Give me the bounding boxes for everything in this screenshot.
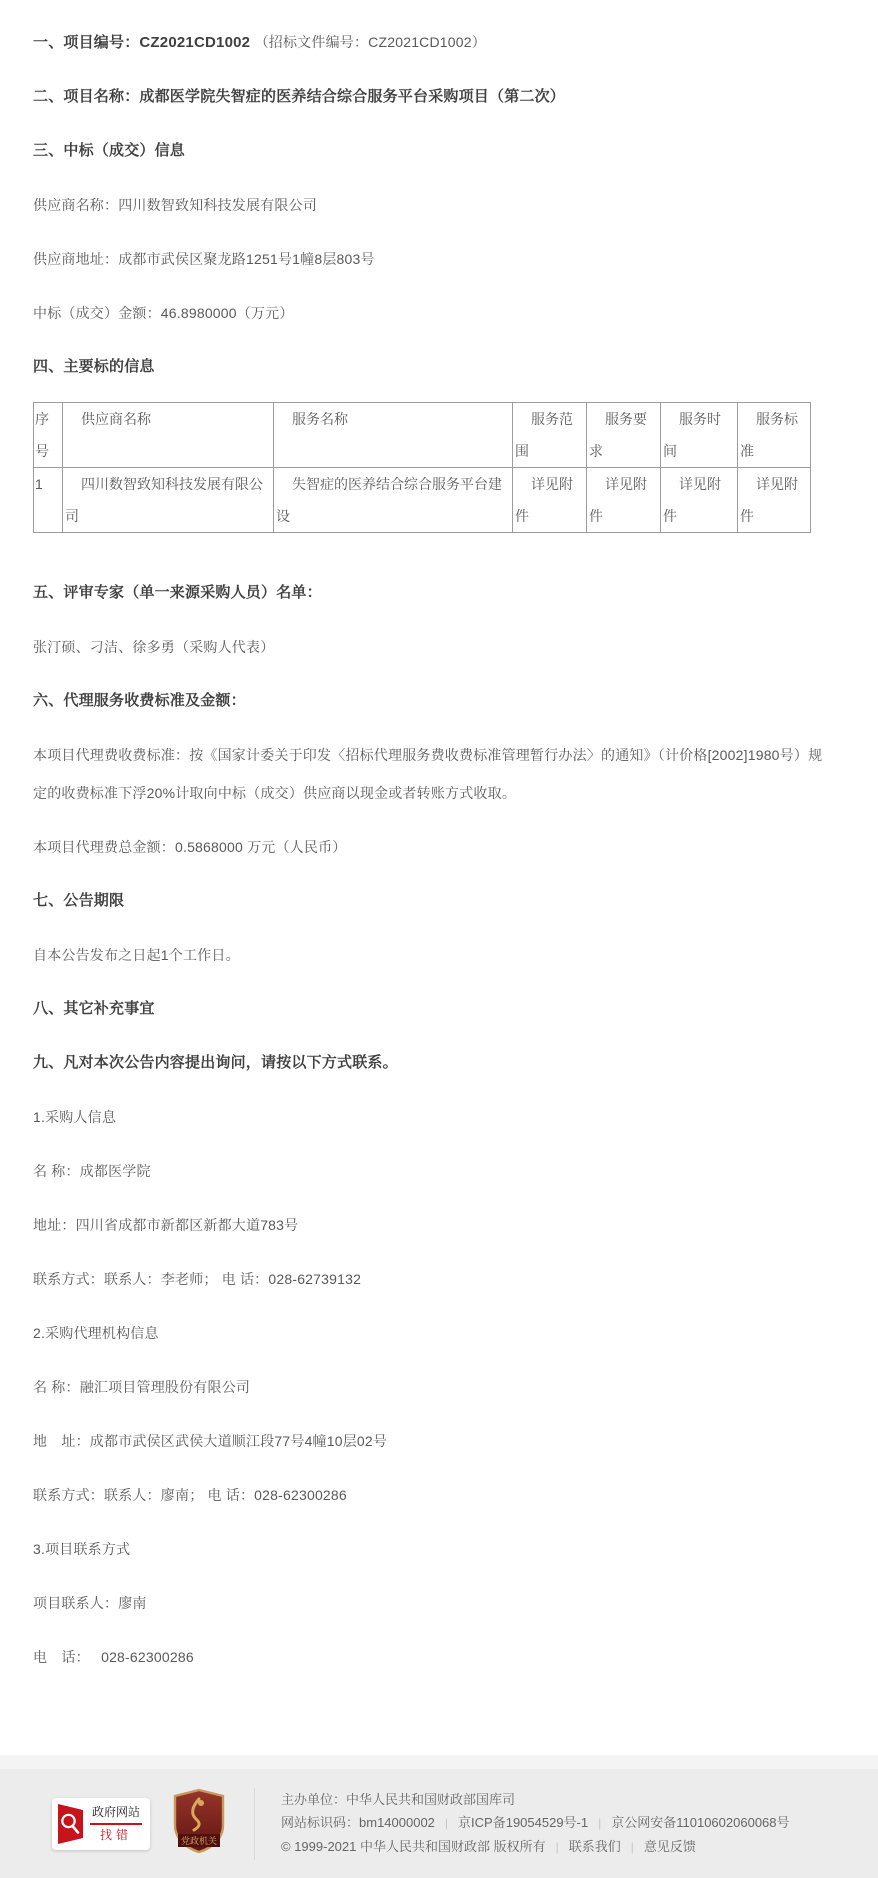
col-header-service-scope: 服务范围 <box>513 403 587 468</box>
footer-police-number: 京公网安备11010602060068号 <box>611 1815 789 1830</box>
party-shield-icon: 党政机关 <box>172 1788 226 1854</box>
feedback-link[interactable]: 意见反馈 <box>644 1839 696 1854</box>
award-amount: 中标（成交）金额：46.8980000（万元） <box>33 294 823 332</box>
section-notice-period-title: 七、公告期限 <box>33 882 823 920</box>
footer-separator: | <box>556 1840 559 1854</box>
col-header-seq: 序号 <box>34 403 63 468</box>
footer-badges: 政府网站 找错 党政机关 <box>52 1788 226 1859</box>
cell-service-scope: 详见附件 <box>513 468 587 533</box>
section-main-subject-title: 四、主要标的信息 <box>33 348 823 386</box>
section-project-name: 二、项目名称：成都医学院失智症的医养结合综合服务平台采购项目（第二次） <box>33 78 823 116</box>
footer-icp-number: 京ICP备19054529号-1 <box>458 1815 588 1830</box>
footer-copyright-line: © 1999-2021 中华人民共和国财政部 版权所有|联系我们|意见反馈 <box>281 1835 790 1859</box>
col-header-service-requirement: 服务要求 <box>587 403 661 468</box>
section-agency-fee-title: 六、代理服务收费标准及金额： <box>33 682 823 720</box>
cell-seq: 1 <box>34 468 63 533</box>
purchaser-address: 地址：四川省成都市新都区新都大道783号 <box>33 1206 823 1244</box>
col-header-supplier: 供应商名称 <box>63 403 274 468</box>
party-gov-shield-badge[interactable]: 党政机关 <box>172 1788 226 1859</box>
supplier-name: 供应商名称：四川数智致知科技发展有限公司 <box>33 186 823 224</box>
magnifier-flag-icon <box>57 1803 84 1845</box>
section-contact-title: 九、凡对本次公告内容提出询问，请按以下方式联系。 <box>33 1044 823 1082</box>
agency-info-title: 2.采购代理机构信息 <box>33 1314 823 1352</box>
footer-organizer: 主办单位：中华人民共和国财政部国库司 <box>281 1792 515 1807</box>
footer-organizer-line: 主办单位：中华人民共和国财政部国库司 <box>281 1788 790 1811</box>
table-header-row: 序号 供应商名称 服务名称 服务范围 服务要求 服务时间 服务标准 <box>34 403 811 468</box>
cell-service-time: 详见附件 <box>661 468 738 533</box>
pre-footer-strip <box>0 1755 878 1769</box>
footer-text-block: 主办单位：中华人民共和国财政部国库司 网站标识码：bm14000002|京ICP… <box>281 1788 790 1859</box>
badge-text-party-gov: 党政机关 <box>181 1835 217 1846</box>
supplier-address: 供应商地址：成都市武侯区聚龙路1251号1幢8层803号 <box>33 240 823 278</box>
col-header-service-standard: 服务标准 <box>738 403 811 468</box>
cell-supplier: 四川数智致知科技发展有限公司 <box>63 468 274 533</box>
agency-fee-total: 本项目代理费总金额：0.5868000 万元（人民币） <box>33 828 823 866</box>
footer-copyright: © 1999-2021 中华人民共和国财政部 版权所有 <box>281 1839 546 1854</box>
agency-address: 地 址：成都市武侯区武侯大道顺江段77号4幢10层02号 <box>33 1422 823 1460</box>
footer-divider <box>254 1788 255 1860</box>
section-project-number: 一、项目编号：CZ2021CD1002 （招标文件编号：CZ2021CD1002… <box>33 23 823 62</box>
footer-separator: | <box>631 1840 634 1854</box>
cell-service-requirement: 详见附件 <box>587 468 661 533</box>
purchaser-contact: 联系方式：联系人：李老师； 电 话：028-62739132 <box>33 1260 823 1298</box>
footer-registration-line: 网站标识码：bm14000002|京ICP备19054529号-1|京公网安备1… <box>281 1811 790 1835</box>
agency-name: 名 称：融汇项目管理股份有限公司 <box>33 1368 823 1406</box>
project-number-text: 一、项目编号：CZ2021CD1002 <box>33 34 250 51</box>
project-contact-phone: 电 话： 028-62300286 <box>33 1638 823 1676</box>
badge-text-block: 政府网站 找错 <box>90 1803 142 1844</box>
purchaser-info-title: 1.采购人信息 <box>33 1098 823 1136</box>
agency-fee-standard: 本项目代理费收费标准：按《国家计委关于印发〈招标代理服务费收费标准管理暂行办法〉… <box>33 736 823 812</box>
purchaser-name: 名 称：成都医学院 <box>33 1152 823 1190</box>
footer-site-code: 网站标识码：bm14000002 <box>281 1815 435 1830</box>
section-award-info-title: 三、中标（成交）信息 <box>33 132 823 170</box>
announcement-content: 一、项目编号：CZ2021CD1002 （招标文件编号：CZ2021CD1002… <box>0 0 878 1755</box>
main-subject-table: 序号 供应商名称 服务名称 服务范围 服务要求 服务时间 服务标准 1 四川数智… <box>33 402 811 533</box>
section-experts-title: 五、评审专家（单一来源采购人员）名单： <box>33 574 823 612</box>
project-contact-person: 项目联系人：廖南 <box>33 1584 823 1622</box>
table-row: 1 四川数智致知科技发展有限公司 失智症的医养结合综合服务平台建设 详见附件 详… <box>34 468 811 533</box>
badge-text-gov-site: 政府网站 <box>90 1803 142 1825</box>
procurement-announcement-page: 一、项目编号：CZ2021CD1002 （招标文件编号：CZ2021CD1002… <box>0 0 878 1878</box>
agency-contact: 联系方式：联系人：廖南； 电 话：028-62300286 <box>33 1476 823 1514</box>
col-header-service-name: 服务名称 <box>274 403 513 468</box>
cell-service-standard: 详见附件 <box>738 468 811 533</box>
cell-service-name: 失智症的医养结合综合服务平台建设 <box>274 468 513 533</box>
footer-separator: | <box>445 1816 448 1830</box>
footer-separator: | <box>598 1816 601 1830</box>
badge-text-find-error: 找错 <box>90 1825 142 1844</box>
contact-us-link[interactable]: 联系我们 <box>569 1839 621 1854</box>
col-header-service-time: 服务时间 <box>661 403 738 468</box>
gov-site-error-badge[interactable]: 政府网站 找错 <box>52 1798 150 1850</box>
experts-list: 张汀硕、刁洁、徐多勇（采购人代表） <box>33 628 823 666</box>
bid-doc-number-text: （招标文件编号：CZ2021CD1002） <box>255 34 486 50</box>
page-footer: 政府网站 找错 党政机关 <box>0 1769 878 1878</box>
notice-period: 自本公告发布之日起1个工作日。 <box>33 936 823 974</box>
project-contact-title: 3.项目联系方式 <box>33 1530 823 1568</box>
section-other-matters-title: 八、其它补充事宜 <box>33 990 823 1028</box>
